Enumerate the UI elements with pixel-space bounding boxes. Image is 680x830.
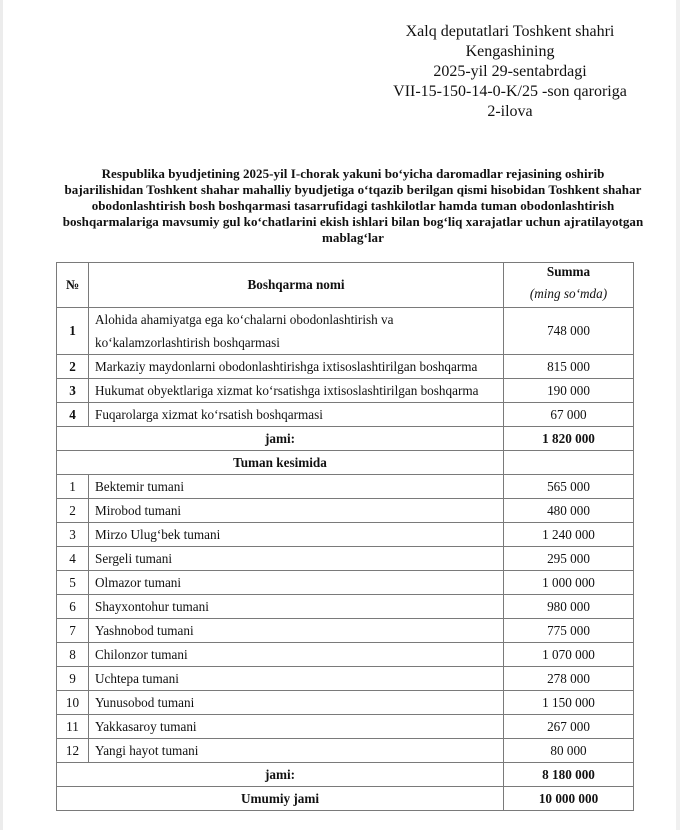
grand-total-row: Umumiy jami 10 000 000 [57, 787, 634, 811]
district-row: 9 Uchtepa tumani 278 000 [57, 667, 634, 691]
table-header-row: № Boshqarma nomi Summa (ming soʻmda) [57, 263, 634, 308]
row-sum: 80 000 [504, 739, 634, 763]
row-name: Yangi hayot tumani [89, 739, 504, 763]
row-name-line: Alohida ahamiyatga ega koʻchalarni obodo… [95, 308, 503, 331]
district-row: 6 Shayxontohur tumani 980 000 [57, 595, 634, 619]
row-number: 12 [57, 739, 89, 763]
row-sum: 190 000 [504, 379, 634, 403]
header-name: Boshqarma nomi [89, 263, 504, 308]
row-sum: 1 000 000 [504, 571, 634, 595]
header-sum-title: Summa [504, 263, 633, 281]
district-row: 8 Chilonzor tumani 1 070 000 [57, 643, 634, 667]
document-title: Respublika byudjetining 2025-yil I-chora… [52, 166, 654, 246]
row-number: 3 [57, 523, 89, 547]
total-sum: 8 180 000 [504, 763, 634, 787]
approval-line: 2025-yil 29-sentabrdagi [360, 62, 660, 82]
row-number: 1 [57, 308, 89, 355]
grand-total-sum: 10 000 000 [504, 787, 634, 811]
row-number: 7 [57, 619, 89, 643]
district-row: 2 Mirobod tumani 480 000 [57, 499, 634, 523]
row-number: 1 [57, 475, 89, 499]
row-sum: 1 240 000 [504, 523, 634, 547]
total-label: jami: [57, 763, 504, 787]
row-name: Olmazor tumani [89, 571, 504, 595]
approval-line: 2-ilova [360, 102, 660, 122]
district-row: 11 Yakkasaroy tumani 267 000 [57, 715, 634, 739]
row-number: 2 [57, 499, 89, 523]
district-row: 12 Yangi hayot tumani 80 000 [57, 739, 634, 763]
row-number: 6 [57, 595, 89, 619]
row-name: Yashnobod tumani [89, 619, 504, 643]
row-sum: 278 000 [504, 667, 634, 691]
row-sum: 980 000 [504, 595, 634, 619]
row-sum: 1 070 000 [504, 643, 634, 667]
district-row: 5 Olmazor tumani 1 000 000 [57, 571, 634, 595]
district-row: 10 Yunusobod tumani 1 150 000 [57, 691, 634, 715]
row-number: 3 [57, 379, 89, 403]
total-label: jami: [57, 427, 504, 451]
row-sum: 67 000 [504, 403, 634, 427]
page-edge-right [676, 0, 680, 830]
header-sum: Summa (ming soʻmda) [504, 263, 634, 308]
row-name: Yunusobod tumani [89, 691, 504, 715]
row-sum: 748 000 [504, 308, 634, 355]
department-row: 4 Fuqarolarga xizmat koʻrsatish boshqarm… [57, 403, 634, 427]
row-sum: 815 000 [504, 355, 634, 379]
row-sum: 1 150 000 [504, 691, 634, 715]
total-sum: 1 820 000 [504, 427, 634, 451]
row-number: 8 [57, 643, 89, 667]
row-name: Fuqarolarga xizmat koʻrsatish boshqarmas… [89, 403, 504, 427]
budget-table: № Boshqarma nomi Summa (ming soʻmda) 1 A… [56, 262, 634, 811]
row-name: Uchtepa tumani [89, 667, 504, 691]
row-sum: 480 000 [504, 499, 634, 523]
department-row: 1 Alohida ahamiyatga ega koʻchalarni obo… [57, 308, 634, 355]
row-number: 11 [57, 715, 89, 739]
header-number: № [57, 263, 89, 308]
row-number: 5 [57, 571, 89, 595]
department-row: 3 Hukumat obyektlariga xizmat koʻrsatish… [57, 379, 634, 403]
row-name: Yakkasaroy tumani [89, 715, 504, 739]
district-row: 1 Bektemir tumani 565 000 [57, 475, 634, 499]
department-row: 2 Markaziy maydonlarni obodonlashtirishg… [57, 355, 634, 379]
row-number: 4 [57, 403, 89, 427]
row-sum: 565 000 [504, 475, 634, 499]
grand-total-label: Umumiy jami [57, 787, 504, 811]
approval-block: Xalq deputatlari Toshkent shahri Kengash… [360, 22, 660, 122]
row-name-line: koʻkalamzorlashtirish boshqarmasi [95, 331, 503, 354]
row-name: Shayxontohur tumani [89, 595, 504, 619]
row-number: 4 [57, 547, 89, 571]
row-name: Markaziy maydonlarni obodonlashtirishga … [89, 355, 504, 379]
district-row: 4 Sergeli tumani 295 000 [57, 547, 634, 571]
page-edge-left [0, 0, 3, 830]
row-number: 9 [57, 667, 89, 691]
district-section-empty [504, 451, 634, 475]
approval-line: VII-15-150-14-0-K/25 -son qaroriga [360, 82, 660, 102]
row-name: Sergeli tumani [89, 547, 504, 571]
row-sum: 295 000 [504, 547, 634, 571]
row-name: Alohida ahamiyatga ega koʻchalarni obodo… [89, 308, 504, 355]
districts-total-row: jami: 8 180 000 [57, 763, 634, 787]
row-number: 10 [57, 691, 89, 715]
title-line: boshqarmalariga mavsumiy gul koʻchatlari… [52, 214, 654, 230]
row-name: Bektemir tumani [89, 475, 504, 499]
row-name: Mirobod tumani [89, 499, 504, 523]
row-name: Hukumat obyektlariga xizmat koʻrsatishga… [89, 379, 504, 403]
row-name: Chilonzor tumani [89, 643, 504, 667]
row-sum: 775 000 [504, 619, 634, 643]
approval-line: Xalq deputatlari Toshkent shahri [360, 22, 660, 42]
header-sum-unit: (ming soʻmda) [504, 281, 633, 307]
row-number: 2 [57, 355, 89, 379]
district-row: 7 Yashnobod tumani 775 000 [57, 619, 634, 643]
title-line: mablagʻlar [52, 230, 654, 246]
row-sum: 267 000 [504, 715, 634, 739]
title-line: obodonlashtirish bosh boshqarmasi tasarr… [52, 198, 654, 214]
departments-total-row: jami: 1 820 000 [57, 427, 634, 451]
title-line: bajarilishidan Toshkent shahar mahalliy … [52, 182, 654, 198]
approval-line: Kengashining [360, 42, 660, 62]
district-section-label: Tuman kesimida [57, 451, 504, 475]
district-row: 3 Mirzo Ulugʻbek tumani 1 240 000 [57, 523, 634, 547]
district-section-row: Tuman kesimida [57, 451, 634, 475]
title-line: Respublika byudjetining 2025-yil I-chora… [52, 166, 654, 182]
row-name: Mirzo Ulugʻbek tumani [89, 523, 504, 547]
